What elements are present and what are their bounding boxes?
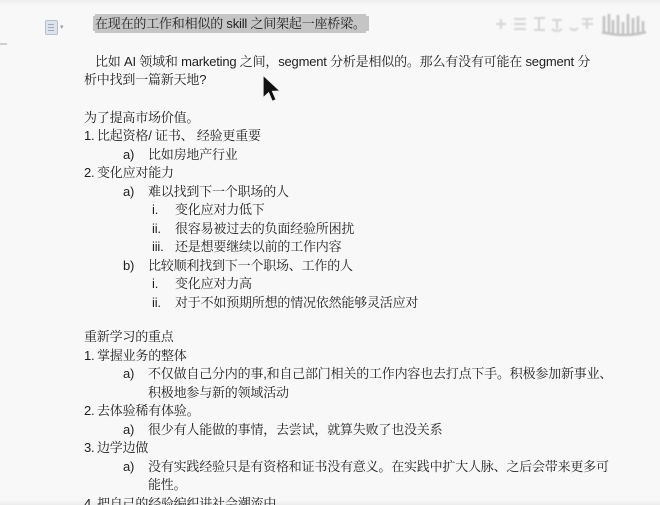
line-text: 比如房地产行业 — [148, 146, 238, 165]
doc-line[interactable]: 3.边学边做 — [84, 439, 604, 458]
blank-line — [84, 34, 604, 53]
line-text: 边学边做 — [97, 439, 148, 458]
page-glyph-icon — [45, 20, 58, 35]
blank-line — [84, 90, 604, 109]
doc-line[interactable]: i.变化应对力高 — [84, 275, 604, 294]
list-marker: a) — [123, 146, 148, 165]
line-text: 变化应对能力 — [97, 164, 174, 183]
list-marker: 2. — [84, 164, 97, 183]
doc-line[interactable]: a)很少有人能做的事情，去尝试，就算失败了也没关系 — [84, 421, 604, 440]
edge-artifact — [0, 43, 7, 45]
doc-line[interactable]: 重新学习的重点 — [84, 328, 604, 347]
blank-line — [84, 312, 604, 328]
line-text: 没有实践经验只是有资格和证书没有意义。在实践中扩大人脉、之后会带来更多可 — [148, 458, 609, 477]
list-marker: 3. — [84, 439, 97, 458]
chevron-down-icon: ▾ — [60, 24, 64, 31]
selected-text-line[interactable]: 在现在的工作和相似的 skill 之间架起一座桥梁。 — [84, 15, 604, 34]
doc-line[interactable]: 2.变化应对能力 — [84, 164, 604, 183]
doc-line[interactable]: a)没有实践经验只是有资格和证书没有意义。在实践中扩大人脉、之后会带来更多可 — [84, 458, 604, 477]
line-text: 变化应对力低下 — [175, 201, 265, 220]
line-text: 很少有人能做的事情，去尝试，就算失败了也没关系 — [148, 421, 442, 440]
line-text: 为了提高市场价值。 — [84, 110, 199, 125]
doc-line[interactable]: 能性。 — [84, 476, 604, 495]
doc-line[interactable]: 比如 AI 领域和 marketing 之间，segment 分析是相似的。那么… — [84, 53, 604, 72]
line-text: 积极地参与新的领域活动 — [148, 384, 289, 403]
doc-line[interactable]: 积极地参与新的领域活动 — [84, 384, 604, 403]
list-marker: 2. — [84, 402, 97, 421]
doc-line[interactable]: 2.去体验稀有体验。 — [84, 402, 604, 421]
line-text: 在现在的工作和相似的 skill 之间架起一座桥梁。 — [95, 16, 366, 31]
doc-line[interactable]: a)比如房地产行业 — [84, 146, 604, 165]
doc-line[interactable]: a)不仅做自己分内的事,和自己部门相关的工作内容也去打点下手。积极参加新事业、 — [84, 365, 604, 384]
doc-line[interactable]: 1.比起资格/ 证书、 经验更重要 — [84, 127, 604, 146]
line-text: 很容易被过去的负面经验所困扰 — [175, 220, 354, 239]
list-marker: a) — [123, 365, 148, 384]
line-text: 把自己的经验编织进社会潮流中 — [97, 495, 276, 505]
list-marker: i. — [152, 201, 175, 220]
list-marker: a) — [123, 183, 148, 202]
line-text: 不仅做自己分内的事,和自己部门相关的工作内容也去打点下手。积极参加新事业、 — [148, 365, 612, 384]
paragraph-handle-icon[interactable]: ▾ — [45, 20, 69, 34]
line-text: 难以找到下一个职场的人 — [148, 183, 289, 202]
line-text: 重新学习的重点 — [84, 329, 174, 344]
list-marker: b) — [123, 257, 148, 276]
list-marker: a) — [123, 458, 148, 477]
doc-line[interactable]: i.变化应对力低下 — [84, 201, 604, 220]
line-text: 比如 AI 领域和 marketing 之间，segment 分析是相似的。那么… — [95, 54, 590, 69]
list-marker: a) — [123, 421, 148, 440]
list-marker: ii. — [152, 294, 175, 313]
line-text: 对于不如预期所想的情况依然能够灵活应对 — [175, 294, 418, 313]
list-marker: ii. — [152, 220, 175, 239]
line-text: 变化应对力高 — [175, 275, 252, 294]
doc-line[interactable]: iii.还是想要继续以前的工作内容 — [84, 238, 604, 257]
doc-line[interactable]: ii.对于不如预期所想的情况依然能够灵活应对 — [84, 294, 604, 313]
list-marker: 1. — [84, 347, 97, 366]
doc-line[interactable]: a)难以找到下一个职场的人 — [84, 183, 604, 202]
list-marker: 4. — [84, 495, 97, 505]
line-text: 析中找到一篇新天地? — [84, 72, 206, 87]
doc-line[interactable]: ii.很容易被过去的负面经验所困扰 — [84, 220, 604, 239]
document-body[interactable]: 在现在的工作和相似的 skill 之间架起一座桥梁。比如 AI 领域和 mark… — [84, 15, 604, 505]
list-marker: 1. — [84, 127, 97, 146]
line-text: 掌握业务的整体 — [97, 347, 187, 366]
line-text: 比起资格/ 证书、 经验更重要 — [97, 127, 261, 146]
list-marker: i. — [152, 275, 175, 294]
list-marker: iii. — [152, 238, 175, 257]
doc-line[interactable]: 为了提高市场价值。 — [84, 109, 604, 128]
document-page: ▾ 在现在的工作和相似的 skill 之间架起一座桥梁。比如 AI 领域和 ma… — [0, 0, 660, 505]
doc-line[interactable]: b)比较顺利找到下一个职场、工作的人 — [84, 257, 604, 276]
line-text: 还是想要继续以前的工作内容 — [175, 238, 341, 257]
line-text: 比较顺利找到下一个职场、工作的人 — [148, 257, 353, 276]
doc-line[interactable]: 1.掌握业务的整体 — [84, 347, 604, 366]
doc-line[interactable]: 4.把自己的经验编织进社会潮流中 — [84, 495, 604, 505]
line-text: 能性。 — [148, 476, 186, 495]
line-text: 去体验稀有体验。 — [97, 402, 199, 421]
doc-line[interactable]: 析中找到一篇新天地? — [84, 71, 604, 90]
